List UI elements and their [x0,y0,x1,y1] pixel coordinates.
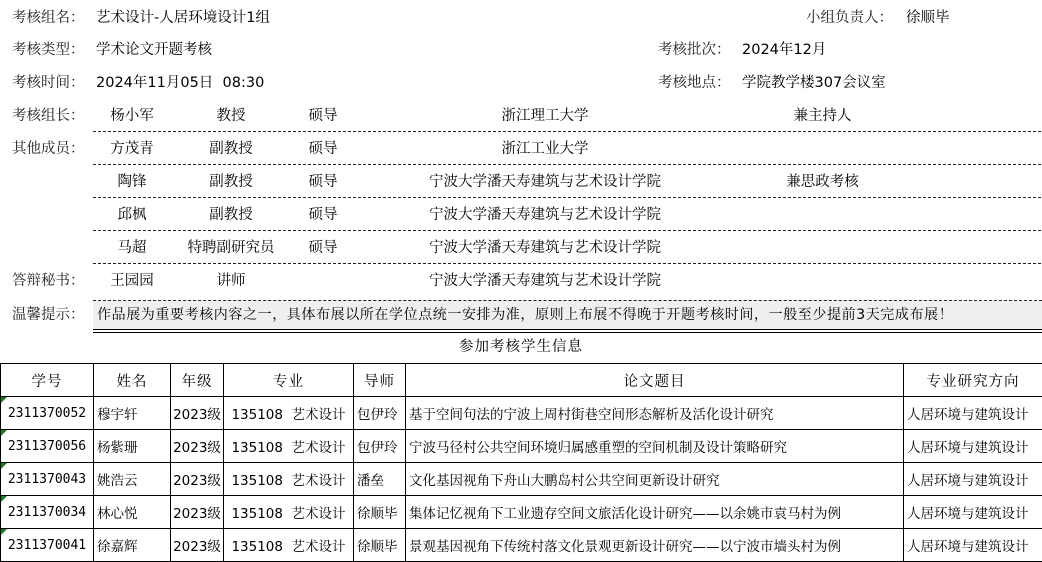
number-as-text-flag-icon [1,397,7,403]
number-as-text-flag-icon [1,463,7,469]
member-org[interactable]: 宁波大学潘天寿建筑与艺术设计学院 [355,238,735,258]
cell-name[interactable]: 穆宇轩 [94,397,171,430]
time-value[interactable]: 2024年11月05日 08:30 [96,73,264,93]
cell-advisor[interactable]: 包伊玲 [354,430,406,463]
tip-text[interactable]: 作品展为重要考核内容之一，具体布展以所在学位点统一安排为准，原则上布展不得晚于开… [97,305,953,325]
cell-grade[interactable]: 2023级 [171,430,224,463]
type-label: 考核类型： [12,40,85,60]
batch-value[interactable]: 2024年12月 [742,40,826,60]
cell-major[interactable]: 135108 艺术设计 [224,430,354,463]
divider [93,263,1041,264]
divider [93,197,1041,198]
col-header-direction[interactable]: 专业研究方向 [904,364,1042,397]
double-divider [93,329,1042,333]
member-name[interactable]: 马超 [93,238,171,258]
cell-id-text: 2311370043 [8,472,86,487]
secretary-label: 答辩秘书： [12,271,85,291]
member-name[interactable]: 邱枫 [93,205,171,225]
member-note[interactable]: 兼主持人 [735,106,910,126]
cell-major[interactable]: 135108 艺术设计 [224,397,354,430]
table-row: 2311370056 杨紫珊 2023级 135108 艺术设计 包伊玲 宁波马… [1,430,1042,463]
cell-id-text: 2311370052 [8,406,86,421]
col-header-grade[interactable]: 年级 [171,364,224,397]
cell-major[interactable]: 135108 艺术设计 [224,496,354,529]
students-table: 学号 姓名 年级 专业 导师 论文题目 专业研究方向 2311370052 穆宇… [0,363,1042,562]
cell-name[interactable]: 林心悦 [94,496,171,529]
tip-label: 温馨提示： [12,305,85,325]
member-supervisor[interactable]: 硕导 [291,139,355,159]
members-label: 其他成员： [12,139,85,159]
member-supervisor[interactable]: 硕导 [291,238,355,258]
chair-label: 考核组长： [12,106,85,126]
batch-label: 考核批次： [658,40,731,60]
cell-advisor[interactable]: 徐顺毕 [354,496,406,529]
cell-grade[interactable]: 2023级 [171,529,224,562]
member-org[interactable]: 浙江理工大学 [355,106,735,126]
students-section-title: 参加考核学生信息 [0,337,1042,357]
location-label: 考核地点： [658,73,731,93]
cell-id[interactable]: 2311370034 [1,496,94,529]
table-header-row: 学号 姓名 年级 专业 导师 论文题目 专业研究方向 [1,364,1042,397]
cell-id[interactable]: 2311370056 [1,430,94,463]
cell-direction[interactable]: 人居环境与建筑设计 [904,463,1042,496]
cell-grade[interactable]: 2023级 [171,496,224,529]
member-org[interactable]: 宁波大学潘天寿建筑与艺术设计学院 [355,271,735,291]
table-row: 2311370043 姚浩云 2023级 135108 艺术设计 潘垒 文化基因… [1,463,1042,496]
cell-advisor[interactable]: 潘垒 [354,463,406,496]
member-note[interactable]: 兼思政考核 [735,172,910,192]
cell-grade[interactable]: 2023级 [171,463,224,496]
cell-name[interactable]: 徐嘉辉 [94,529,171,562]
type-value[interactable]: 学术论文开题考核 [96,40,212,60]
cell-thesis[interactable]: 景观基因视角下传统村落文化景观更新设计研究——以宁波市墙头村为例 [406,529,904,562]
cell-id-text: 2311370041 [8,538,86,553]
cell-direction[interactable]: 人居环境与建筑设计 [904,430,1042,463]
cell-name[interactable]: 姚浩云 [94,463,171,496]
cell-major[interactable]: 135108 艺术设计 [224,529,354,562]
group-name-value[interactable]: 艺术设计-人居环境设计1组 [96,8,270,28]
cell-id[interactable]: 2311370043 [1,463,94,496]
cell-direction[interactable]: 人居环境与建筑设计 [904,529,1042,562]
table-row: 2311370034 林心悦 2023级 135108 艺术设计 徐顺毕 集体记… [1,496,1042,529]
table-row: 2311370041 徐嘉辉 2023级 135108 艺术设计 徐顺毕 景观基… [1,529,1042,562]
time-label: 考核时间： [12,73,85,93]
col-header-id[interactable]: 学号 [1,364,94,397]
col-header-major[interactable]: 专业 [224,364,354,397]
member-supervisor[interactable]: 硕导 [291,172,355,192]
cell-direction[interactable]: 人居环境与建筑设计 [904,397,1042,430]
cell-id[interactable]: 2311370041 [1,529,94,562]
member-org[interactable]: 浙江工业大学 [355,139,735,159]
cell-name[interactable]: 杨紫珊 [94,430,171,463]
number-as-text-flag-icon [1,529,7,535]
location-value[interactable]: 学院教学楼307会议室 [742,73,886,93]
cell-thesis[interactable]: 宁波马径村公共空间环境归属感重塑的空间机制及设计策略研究 [406,430,904,463]
member-title[interactable]: 讲师 [171,271,291,291]
member-org[interactable]: 宁波大学潘天寿建筑与艺术设计学院 [355,205,735,225]
leader-value[interactable]: 徐顺毕 [906,8,950,28]
divider [93,131,1041,132]
member-supervisor[interactable]: 硕导 [291,106,355,126]
member-name[interactable]: 杨小军 [93,106,171,126]
cell-thesis[interactable]: 集体记忆视角下工业遗存空间文旅活化设计研究——以余姚市袁马村为例 [406,496,904,529]
member-name[interactable]: 方茂青 [93,139,171,159]
cell-major[interactable]: 135108 艺术设计 [224,463,354,496]
cell-advisor[interactable]: 包伊玲 [354,397,406,430]
leader-label: 小组负责人： [806,8,893,28]
divider [93,164,1041,165]
cell-direction[interactable]: 人居环境与建筑设计 [904,496,1042,529]
member-title[interactable]: 副教授 [171,205,291,225]
member-title[interactable]: 副教授 [171,139,291,159]
col-header-name[interactable]: 姓名 [94,364,171,397]
cell-advisor[interactable]: 徐顺毕 [354,529,406,562]
cell-thesis[interactable]: 基于空间句法的宁波上周村街巷空间形态解析及活化设计研究 [406,397,904,430]
cell-thesis[interactable]: 文化基因视角下舟山大鹏岛村公共空间更新设计研究 [406,463,904,496]
cell-grade[interactable]: 2023级 [171,397,224,430]
member-supervisor[interactable]: 硕导 [291,205,355,225]
member-title[interactable]: 副教授 [171,172,291,192]
member-name[interactable]: 王园园 [93,271,171,291]
member-name[interactable]: 陶锋 [93,172,171,192]
table-row: 2311370052 穆宇轩 2023级 135108 艺术设计 包伊玲 基于空… [1,397,1042,430]
member-org[interactable]: 宁波大学潘天寿建筑与艺术设计学院 [355,172,735,192]
number-as-text-flag-icon [1,430,7,436]
member-title[interactable]: 特聘副研究员 [171,238,291,258]
cell-id[interactable]: 2311370052 [1,397,94,430]
col-header-thesis[interactable]: 论文题目 [406,364,904,397]
group-name-label: 考核组名： [12,8,85,28]
divider [93,230,1041,231]
member-title[interactable]: 教授 [171,106,291,126]
cell-id-text: 2311370034 [8,505,86,520]
cell-id-text: 2311370056 [8,439,86,454]
col-header-advisor[interactable]: 导师 [354,364,406,397]
number-as-text-flag-icon [1,496,7,502]
